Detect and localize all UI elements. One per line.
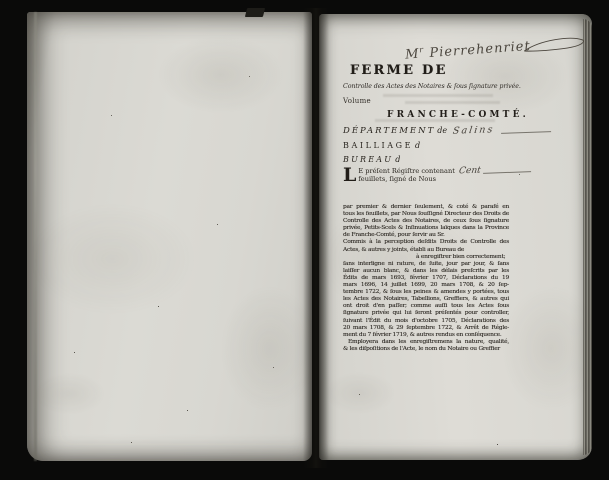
bailliage-line: BAILLIAGEd [343, 141, 420, 150]
body-line: Actes, & autres y joints, établi au Bure… [343, 247, 509, 254]
scanned-register-spread: FERME DE Mr Pierrehenriet Controlle des … [0, 0, 609, 480]
bailliage-particle: d [415, 141, 420, 150]
signature-flourish-stroke [522, 35, 587, 55]
registre-handwritten-value: Cent [458, 167, 481, 176]
registre-lines: E préſent Régiſtre contenantCent feuille… [358, 167, 530, 183]
departement-handwritten-value: Salins [452, 124, 495, 136]
registre-opening: L E préſent Régiſtre contenantCent feuil… [343, 167, 523, 183]
title-row: FERME DE [350, 59, 448, 78]
signature-superscript: r [419, 45, 424, 54]
body-line: ment du 7 février 1719, & autres rendus … [343, 332, 509, 339]
departement-line: DÉPARTEMENTde Salins [343, 125, 551, 136]
registre-line1: E préſent Régiſtre contenant [358, 167, 455, 175]
signature-name: Pierrehenriet [429, 39, 531, 61]
departement-particle: de [437, 126, 447, 135]
province-heading: FRANCHE-COMTÉ. [387, 110, 529, 120]
body-line: Commis à la perception deſdits Droits de… [343, 239, 509, 246]
right-printed-page: FERME DE Mr Pierrehenriet Controlle des … [319, 14, 592, 460]
bureau-line: BUREAUd [343, 155, 400, 164]
body-line: Édits de mars 1693, février 1707, Déclar… [343, 275, 509, 282]
body-line: ſuivant l'Édit du mois d'octobre 1705, D… [343, 318, 509, 325]
dropcap-letter: L [343, 167, 356, 183]
paper-specks [27, 12, 28, 13]
bailliage-label: BAILLIAGE [343, 141, 413, 150]
binding-tab [245, 8, 265, 17]
body-line: 20 mars 1708, & 29 ſeptembre 1722, & Arr… [343, 325, 509, 332]
departement-label: DÉPARTEMENT [343, 126, 435, 136]
handwritten-rule [501, 126, 551, 134]
volume-label: Volume [343, 97, 371, 105]
fore-edge-page-stack [583, 19, 592, 455]
body-line: & les diſpoſitions de l'Acte, le nom du … [343, 346, 509, 353]
fold-crease [34, 12, 37, 461]
signature-initial: M [405, 47, 420, 63]
body-line: ſignature privée qui lui ſeront préſenté… [343, 310, 509, 317]
subtitle-line: Controlle des Actes des Notaires & ſous … [343, 83, 521, 90]
handwritten-signature: Mr Pierrehenriet [405, 34, 587, 63]
ferme-de-heading: FERME DE [350, 63, 448, 78]
registre-line2: feuillets, ſigné de Nous [358, 175, 436, 183]
body-line: laiſſer aucun blanc, & dans les délais p… [343, 268, 509, 275]
body-line: à enregiſtrer bien correctement; [343, 254, 509, 261]
printed-form: FERME DE Mr Pierrehenriet Controlle des … [319, 14, 592, 460]
body-text-block: par premier & dernier ſeulement, & coté … [343, 204, 509, 353]
paper-specks [319, 14, 320, 15]
left-blank-page [27, 12, 312, 461]
bureau-particle: d [395, 155, 400, 164]
body-line: ſans interligne ni rature, de ſuite, jou… [343, 261, 509, 268]
body-line: Employera dans les enregiſtremens la nat… [343, 339, 509, 346]
handwritten-rule [482, 166, 530, 174]
bureau-label: BUREAU [343, 155, 393, 164]
